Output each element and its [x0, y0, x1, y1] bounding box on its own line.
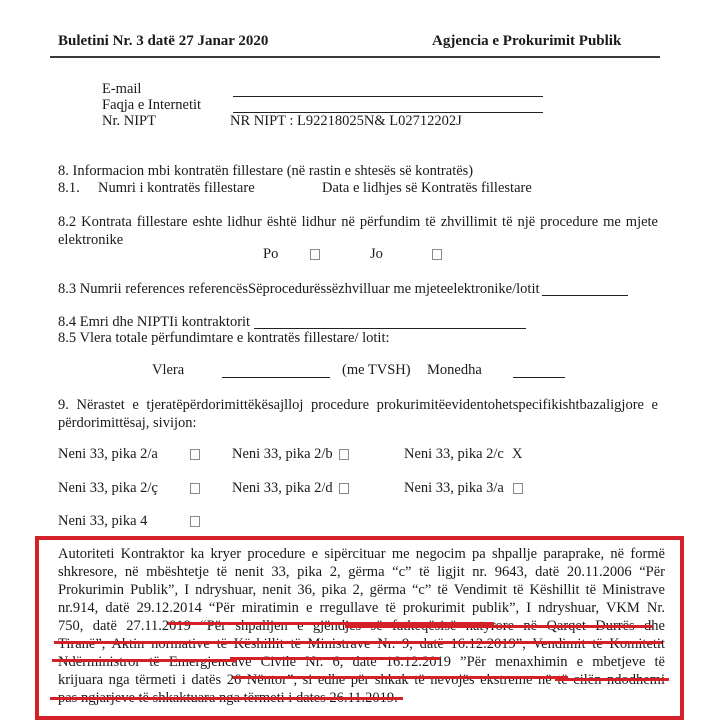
section9-title: 9. Nërastet e tjeratëpërdorimittëkësajll… — [58, 396, 658, 432]
header-rule — [50, 56, 660, 58]
jo-checkbox[interactable] — [432, 249, 442, 260]
email-label: E-mail — [102, 81, 141, 98]
justification-line: nr.914, datë 29.12.2014 “Për miratimin e… — [58, 599, 665, 617]
section83-text: 8.3 Numrii references referencësSëproced… — [58, 281, 540, 298]
option-4-checkbox[interactable] — [190, 516, 200, 527]
agency-name: Agjencia e Prokurimit Publik — [432, 33, 621, 50]
justification-line: Autoriteti Kontraktor ka kryer procedure… — [58, 545, 665, 563]
option-2c-cedilla-checkbox[interactable] — [190, 483, 200, 494]
option-2a-label: Neni 33, pika 2/a — [58, 446, 158, 463]
nipt-label: Nr. NIPT — [102, 113, 156, 130]
justification-line: Tiranë”, Aktin normative të Këshillit të… — [58, 635, 665, 653]
website-field[interactable] — [233, 100, 543, 113]
po-label: Po — [263, 246, 278, 263]
option-2b-checkbox[interactable] — [339, 449, 349, 460]
option-3a-label: Neni 33, pika 3/a — [404, 480, 504, 497]
contract-date-label: Data e lidhjes së Kontratës fillestare — [322, 180, 532, 197]
reference-number-field[interactable] — [542, 283, 628, 296]
website-label: Faqja e Internetit — [102, 97, 201, 114]
red-underline — [233, 676, 568, 679]
justification-line: Prokurimin Publik”, I ndryshuar, nenit 3… — [58, 581, 665, 599]
red-underline — [50, 697, 403, 700]
tvsh-label: (me TVSH) — [342, 362, 411, 379]
option-2a-checkbox[interactable] — [190, 449, 200, 460]
option-4-label: Neni 33, pika 4 — [58, 513, 147, 530]
jo-label: Jo — [370, 246, 383, 263]
vlera-field[interactable] — [222, 365, 330, 378]
section84-text: 8.4 Emri dhe NIPTIi kontraktorit — [58, 314, 250, 331]
red-underline — [54, 641, 662, 644]
section81-number: 8.1. — [58, 180, 80, 197]
nipt-value: NR NIPT : L92218025N& L02712202J — [230, 113, 462, 130]
contract-number-label: Numri i kontratës fillestare — [98, 180, 255, 197]
option-2c-cedilla-label: Neni 33, pika 2/ç — [58, 480, 158, 497]
red-underline — [230, 657, 440, 660]
monedha-label: Monedha — [427, 362, 482, 379]
option-2c-label: Neni 33, pika 2/c — [404, 446, 504, 463]
po-checkbox[interactable] — [310, 249, 320, 260]
option-2d-checkbox[interactable] — [339, 483, 349, 494]
email-field[interactable] — [233, 84, 543, 97]
option-2b-label: Neni 33, pika 2/b — [232, 446, 333, 463]
contractor-name-field[interactable] — [254, 316, 526, 329]
vlera-label: Vlera — [152, 362, 184, 379]
section8-title: 8. Informacion mbi kontratën fillestare … — [58, 163, 473, 180]
red-underline — [555, 678, 669, 681]
option-3a-checkbox[interactable] — [513, 483, 523, 494]
section82-text: 8.2 Kontrata fillestare eshte lidhur ësh… — [58, 213, 658, 249]
bulletin-title: Buletini Nr. 3 datë 27 Janar 2020 — [58, 33, 268, 50]
monedha-field[interactable] — [513, 365, 565, 378]
justification-line: shkresore, në mbështetje të nenit 33, pi… — [58, 563, 665, 581]
section85-text: 8.5 Vlera totale përfundimtare e kontrat… — [58, 330, 390, 347]
red-underline — [345, 625, 653, 628]
option-2d-label: Neni 33, pika 2/d — [232, 480, 333, 497]
red-underline — [52, 659, 237, 662]
option-2c-checkmark[interactable]: X — [512, 446, 522, 463]
justification-line: Ndërministror të Emergjencave Civile Nr.… — [58, 653, 665, 671]
